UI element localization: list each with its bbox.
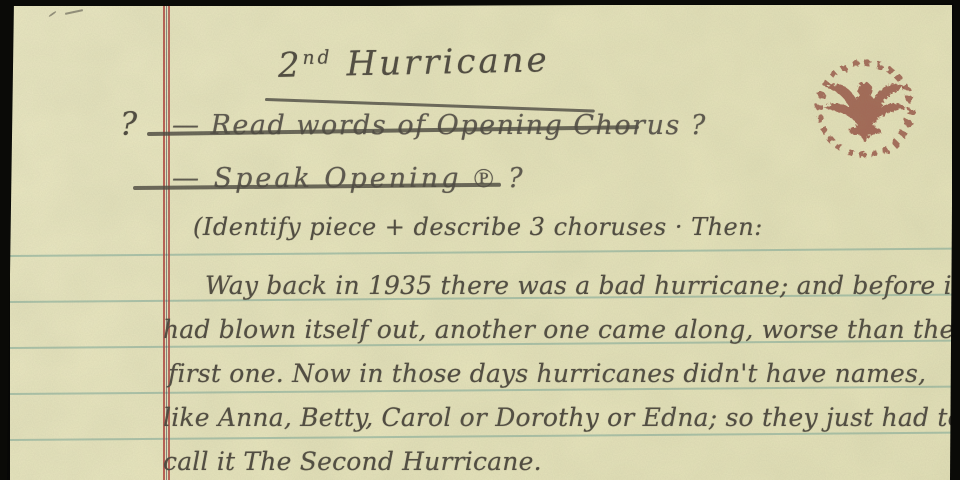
manuscript-scan: { "manuscript": { "title": { "number": "… xyxy=(0,0,960,480)
handwritten-line-crossed-out: — Speak Opening ℗ ? xyxy=(172,163,526,194)
notebook-page: 2nd Hurricane ? — Read words of Opening … xyxy=(10,5,952,480)
ruled-line xyxy=(10,432,952,441)
handwritten-line: Way back in 1935 there was a bad hurrica… xyxy=(205,271,952,300)
stray-pencil-mark xyxy=(65,9,83,15)
handwritten-direction-line: (Identify piece + describe 3 choruses · … xyxy=(193,213,763,241)
margin-question-mark: ? xyxy=(120,105,137,143)
handwritten-line: like Anna, Betty, Carol or Dorothy or Ed… xyxy=(163,403,952,432)
stray-pencil-mark xyxy=(48,11,57,18)
title-number: 2 xyxy=(278,45,303,86)
handwritten-line: call it The Second Hurricane. xyxy=(163,447,542,476)
handwritten-line: had blown itself out, another one came a… xyxy=(163,315,952,344)
page-title: 2nd Hurricane xyxy=(278,40,550,86)
library-ink-stamp-icon xyxy=(803,45,931,173)
handwritten-line: first one. Now in those days hurricanes … xyxy=(168,359,926,388)
title-ordinal: nd xyxy=(302,47,332,69)
ruled-line xyxy=(10,248,952,257)
title-word: Hurricane xyxy=(346,40,550,84)
